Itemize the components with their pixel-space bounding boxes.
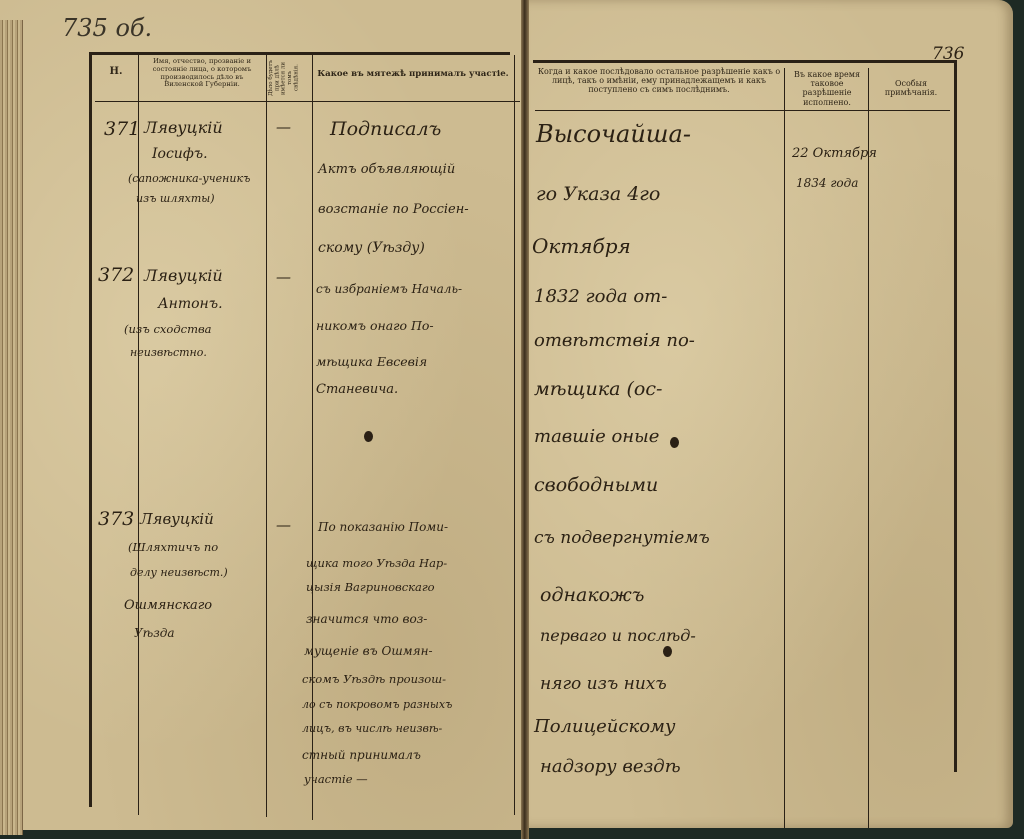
row-surname: Лявуцкій (144, 266, 223, 285)
col-rule-number (138, 55, 139, 815)
row-number: 371 (104, 118, 140, 140)
header-participation: Какое въ мятежѣ принималъ участіе. (314, 70, 512, 80)
col-rule-name (266, 55, 267, 817)
participation-line: участіе — (304, 772, 368, 786)
header-remarks: Особыя примѣчанія. (870, 79, 952, 97)
row-status-1: (сапожника-ученикъ (128, 172, 250, 185)
participation-line: никомъ онаго По- (316, 318, 434, 333)
resolution-line: няго изъ нихъ (540, 674, 667, 694)
row-district: Ошмянскаго (124, 598, 212, 613)
resolution-line: го Указа 4го (536, 183, 660, 205)
header-number: Н. (94, 66, 138, 78)
participation-line: съ избраніемъ Началь- (316, 282, 462, 296)
participation-line: цызія Вагриновскаго (306, 580, 435, 594)
participation-line: Актъ объявляющій (318, 162, 455, 177)
resolution-line: однакожъ (540, 584, 644, 606)
resolution-line: надзору вездѣ (540, 756, 681, 777)
left-border-rule (89, 52, 92, 807)
row-surname: Лявуцкій (140, 510, 214, 528)
row-district-2: Уѣзда (134, 626, 175, 640)
row-status-1: (Шляхтичъ по (128, 540, 218, 554)
executed-date-line: 22 Октября (792, 146, 877, 161)
page-stack-edge (0, 20, 23, 835)
header-bottom-rule-left (95, 101, 520, 102)
resolution-line: Октября (532, 234, 631, 258)
participation-line: скому (Уѣзду) (318, 240, 425, 256)
row-surname: Лявуцкій (144, 118, 223, 137)
participation-line: стный принималъ (302, 748, 421, 762)
top-rule-right (533, 60, 957, 63)
participation-line: значится что воз- (306, 612, 427, 626)
executed-date-line: 1834 года (796, 176, 858, 190)
row-given-name: Антонъ. (158, 296, 223, 312)
participation-line: ло съ покровомъ разныхъ (302, 698, 452, 711)
resolution-line: 1832 года от- (534, 286, 667, 307)
binding-hole (670, 437, 679, 448)
resolution-line: тавшіе оные (534, 426, 659, 447)
resolution-line: свободными (534, 474, 658, 496)
row-number: 372 (98, 264, 134, 286)
header-case-present-text: Дѣло будетъ при дѣлѣ имѣется ли томъ свѣ… (268, 60, 299, 96)
participation-line: мущеніе въ Ошмян- (304, 644, 433, 658)
book-gutter (521, 0, 529, 839)
archive-page-number: 735 об. (62, 14, 152, 42)
resolution-line: Полицейскому (534, 716, 675, 737)
row-status-1: (изъ сходства (124, 322, 212, 336)
header-case-present: Дѣло будетъ при дѣлѣ имѣется ли томъ свѣ… (268, 58, 310, 98)
row-number: 373 (98, 508, 134, 530)
binding-hole (663, 646, 672, 657)
row-status-2: изъ шляхты) (136, 192, 215, 205)
col-rule-resolution (784, 68, 785, 828)
resolution-line: съ подвергнутіемъ (534, 528, 710, 548)
archival-book-spread: 735 об. 736 Н. Имя, отчество, прозваніе … (0, 0, 1024, 839)
participation-line: щика того Уѣзда Нар- (306, 556, 447, 570)
binding-hole (364, 431, 373, 442)
row-case-present: — (276, 118, 291, 136)
participation-line: Подписалъ (330, 118, 441, 140)
header-bottom-rule-right (535, 110, 950, 111)
participation-line: мѣщика Евсевія (316, 354, 427, 369)
top-rule-left (92, 52, 510, 55)
col-rule-executed (868, 68, 869, 828)
col-rule-participation (514, 55, 515, 815)
row-status-2: неизвѣстно. (130, 346, 207, 359)
participation-line: скомъ Уѣздѣ произош- (302, 672, 446, 686)
participation-line: лицъ, въ числѣ неизвѣ- (302, 722, 442, 735)
participation-line: Станевича. (316, 382, 398, 397)
header-name: Имя, отчество, прозваніе и состояніе лиц… (140, 58, 264, 89)
row-status-2: делу неизвѣст.) (130, 566, 228, 579)
resolution-line: отвѣтствія по- (534, 330, 695, 351)
participation-line: возстаніе по Россіен- (318, 202, 469, 217)
right-border-rule (954, 60, 957, 772)
participation-line: По показанію Поми- (318, 520, 448, 534)
row-case-present: — (276, 516, 291, 534)
row-given-name: Іосифъ. (152, 146, 208, 162)
resolution-line: мѣщика (ос- (534, 378, 662, 400)
resolution-line: перваго и послѣд- (540, 626, 696, 645)
header-executed-time: Въ какое время таковое разрѣшеніе исполн… (786, 70, 868, 107)
row-case-present: — (276, 268, 291, 286)
header-resolution: Когда и какое послѣдовало остальное разр… (536, 67, 782, 95)
resolution-line: Высочайша- (536, 120, 691, 148)
